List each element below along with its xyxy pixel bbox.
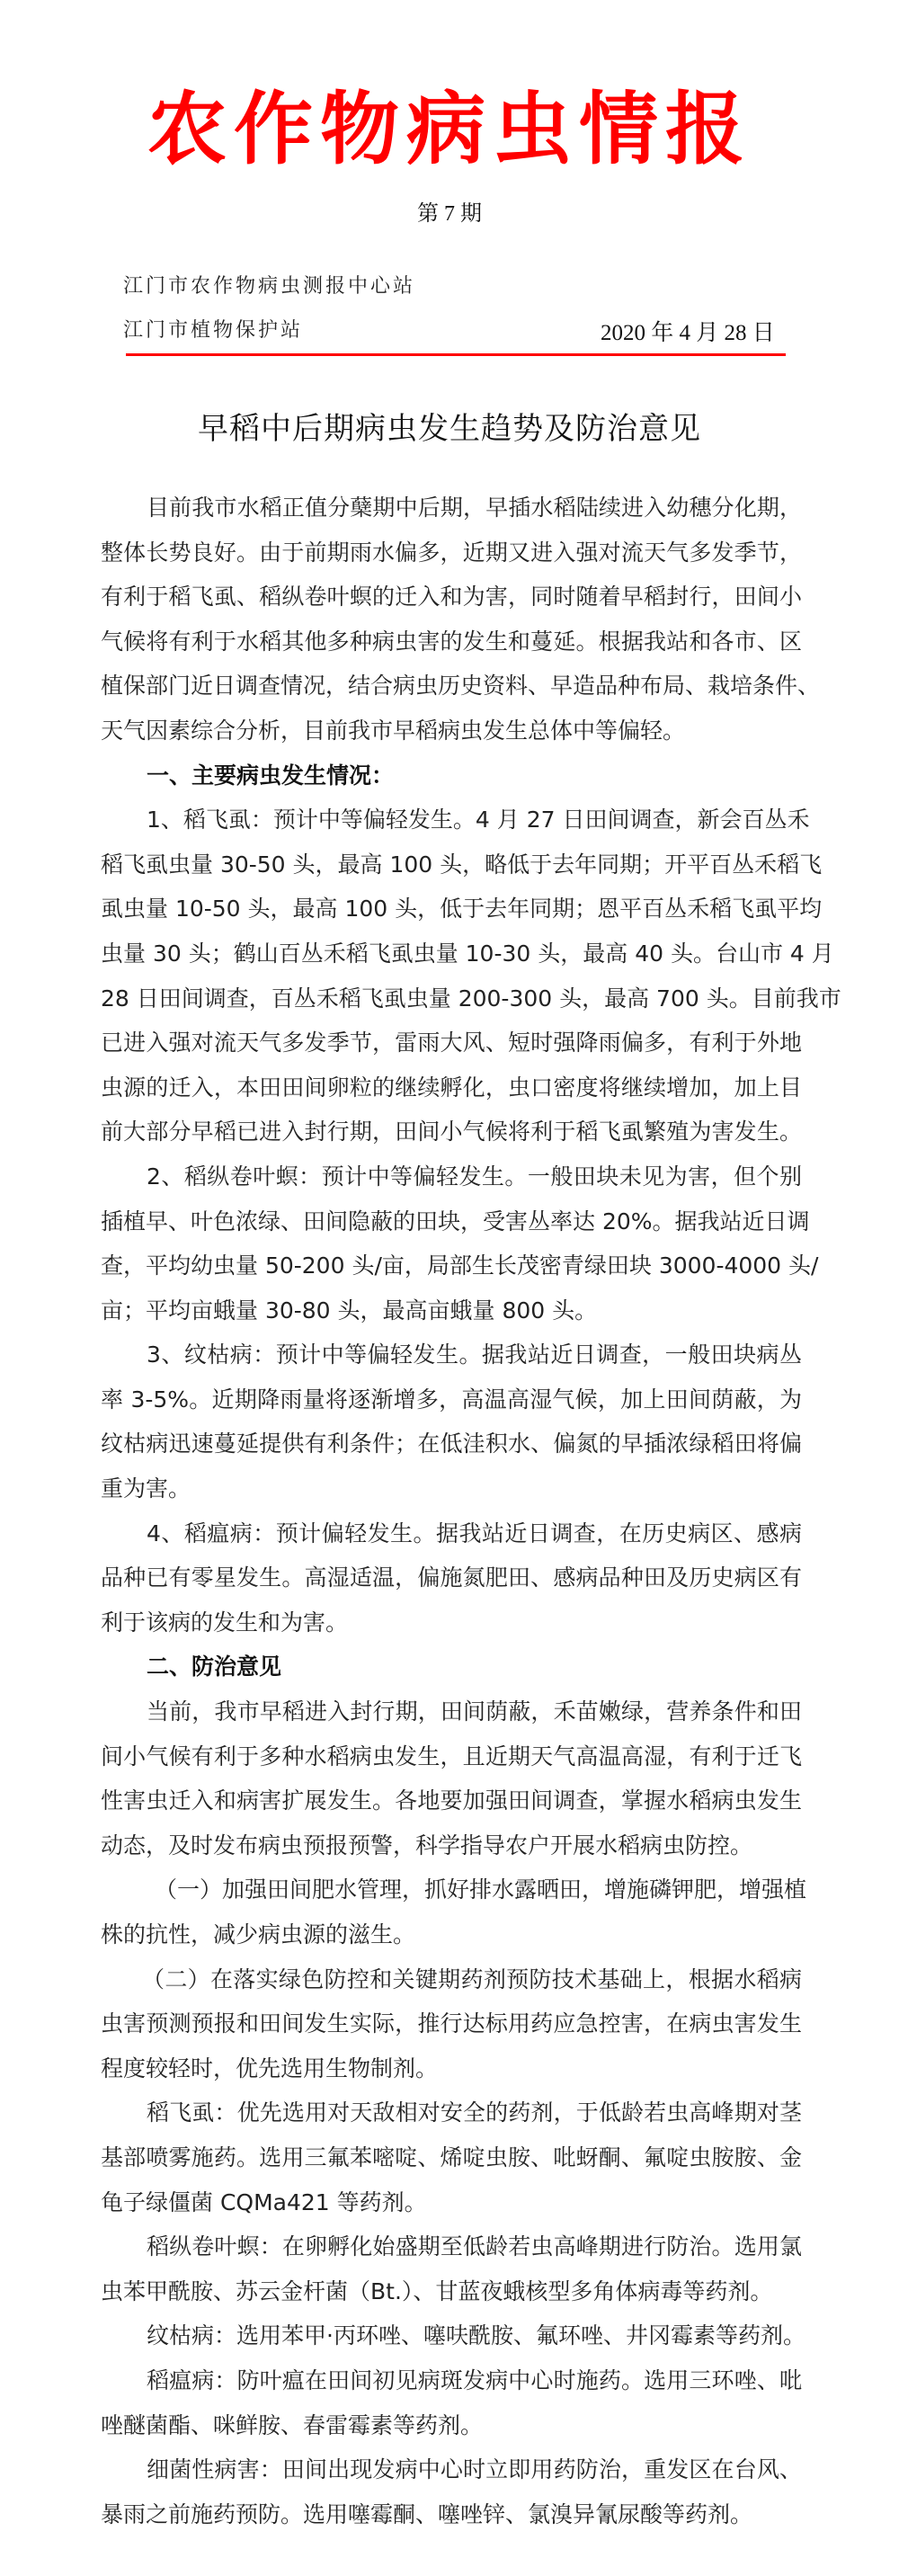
publish-date: 2020 年 4 月 28 日: [601, 320, 775, 347]
text-line: 稻飞虱虫量 30-50 头，最高 100 头，略低于去年同期；开平百丛禾稻飞: [101, 842, 802, 887]
text-line: 插植早、叶色浓绿、田间隐蔽的田块，受害丛率达 20%。据我站近日调: [101, 1199, 802, 1244]
text-line: 28 日田间调查，百丛禾稻飞虱虫量 200-300 头，最高 700 头。目前我…: [101, 976, 802, 1021]
text-line: 查，平均幼虫量 50-200 头/亩，局部生长茂密青绿田块 3000-4000 …: [101, 1243, 802, 1288]
text-line: 重为害。: [101, 1466, 802, 1511]
text-line: 有利于稻飞虱、稻纵卷叶螟的迁入和为害，同时随着早稻封行，田间小: [101, 575, 802, 619]
text-line: 性害虫迁入和病害扩展发生。各地要加强田间调查，掌握水稻病虫发生: [101, 1778, 802, 1823]
red-divider: [126, 353, 786, 356]
text-line: 目前我市水稻正值分蘖期中后期，早插水稻陆续进入幼穗分化期，: [101, 486, 802, 530]
text-line: 2、稻纵卷叶螟：预计中等偏轻发生。一般田块未见为害，但个别: [101, 1154, 802, 1199]
treatment-bacterial-disease: 细菌性病害：田间出现发病中心时立即用药防治，重发区在台风、 暴雨之前施药预防。选…: [101, 2447, 802, 2536]
text-line: 基部喷雾施药。选用三氟苯嘧啶、烯啶虫胺、吡蚜酮、氟啶虫胺胺、金: [101, 2135, 802, 2180]
text-line: 4、稻瘟病：预计偏轻发生。据我站近日调查，在历史病区、感病: [101, 1511, 802, 1556]
text-line: 亩；平均亩蛾量 30-80 头，最高亩蛾量 800 头。: [101, 1288, 802, 1333]
text-line: 已进入强对流天气多发季节，雷雨大风、短时强降雨偏多，有利于外地: [101, 1021, 802, 1065]
masthead-title: 农作物病虫情报: [0, 79, 899, 178]
text-line: 3、纹枯病：预计中等偏轻发生。据我站近日调查，一般田块病丛: [101, 1333, 802, 1377]
text-line: 品种已有零星发生。高湿适温，偏施氮肥田、感病品种田及历史病区有: [101, 1555, 802, 1600]
text-line: 唑醚菌酯、咪鲜胺、春雷霉素等药剂。: [101, 2403, 802, 2448]
text-line: 虫害预测预报和田间发生实际，推行达标用药应急控害，在病虫害发生: [101, 2001, 802, 2046]
publisher-1: 江门市农作物病虫测报中心站: [123, 273, 415, 300]
text-line: 动态，及时发布病虫预报预警，科学指导农户开展水稻病虫防控。: [101, 1823, 802, 1868]
text-line: 龟子绿僵菌 CQMa421 等药剂。: [101, 2180, 802, 2225]
text-line: 天气因素综合分析，目前我市早稻病虫发生总体中等偏轻。: [101, 709, 802, 753]
text-line: 稻纵卷叶螟：在卵孵化始盛期至低龄若虫高峰期进行防治。选用氯: [101, 2224, 802, 2269]
intro-paragraph: 目前我市水稻正值分蘖期中后期，早插水稻陆续进入幼穗分化期， 整体长势良好。由于前…: [101, 486, 802, 753]
text-line: 虱虫量 10-50 头，最高 100 头，低于去年同期；恩平百丛禾稻飞虱平均: [101, 887, 802, 931]
text-line: （一）加强田间肥水管理，抓好排水露晒田，增施磷钾肥，增强植: [101, 1867, 802, 1912]
text-line: 间小气候有利于多种水稻病虫发生，且近期天气高温高湿，有利于迁飞: [101, 1734, 802, 1779]
text-line: （二）在落实绿色防控和关键期药剂预防技术基础上，根据水稻病: [101, 1957, 802, 2002]
issue-number: 第 7 期: [0, 200, 899, 228]
publisher-2: 江门市植物保护站: [123, 317, 303, 344]
text-line: 纹枯病迅速蔓延提供有利条件；在低洼积水、偏氮的早插浓绿稻田将偏: [101, 1422, 802, 1466]
text-line: 率 3-5%。近期降雨量将逐渐增多，高温高湿气候，加上田间荫蔽，为: [101, 1377, 802, 1422]
pest-paragraph-sheath-blight: 3、纹枯病：预计中等偏轻发生。据我站近日调查，一般田块病丛 率 3-5%。近期降…: [101, 1333, 802, 1511]
control-measure-2: （二）在落实绿色防控和关键期药剂预防技术基础上，根据水稻病 虫害预测预报和田间发…: [101, 1957, 802, 2091]
treatment-rice-blast: 稻瘟病：防叶瘟在田间初见病斑发病中心时施药。选用三环唑、吡 唑醚菌酯、咪鲜胺、春…: [101, 2358, 802, 2447]
text-line: 株的抗性，减少病虫源的滋生。: [101, 1912, 802, 1957]
text-line: 虫源的迁入，本田田间卵粒的继续孵化，虫口密度将继续增加，加上目: [101, 1065, 802, 1110]
text-line: 利于该病的发生和为害。: [101, 1600, 802, 1645]
text-line: 虫量 30 头；鹤山百丛禾稻飞虱虫量 10-30 头，最高 40 头。台山市 4…: [101, 931, 802, 976]
text-line: 程度较轻时，优先选用生物制剂。: [101, 2046, 802, 2091]
section-heading-occurrence: 一、主要病虫发生情况：: [101, 753, 802, 798]
treatment-leaffolder: 稻纵卷叶螟：在卵孵化始盛期至低龄若虫高峰期进行防治。选用氯 虫苯甲酰胺、苏云金杆…: [101, 2224, 802, 2313]
document-page: 农作物病虫情报 第 7 期 江门市农作物病虫测报中心站 江门市植物保护站 202…: [0, 0, 899, 2576]
text-line: 虫苯甲酰胺、苏云金杆菌（Bt.）、甘蓝夜蛾核型多角体病毒等药剂。: [101, 2269, 802, 2314]
text-line: 细菌性病害：田间出现发病中心时立即用药防治，重发区在台风、: [101, 2447, 802, 2492]
text-line: 暴雨之前施药预防。选用噻霉酮、噻唑锌、氯溴异氰尿酸等药剂。: [101, 2492, 802, 2537]
document-body: 目前我市水稻正值分蘖期中后期，早插水稻陆续进入幼穗分化期， 整体长势良好。由于前…: [101, 486, 802, 2536]
treatment-planthopper: 稻飞虱：优先选用对天敌相对安全的药剂，于低龄若虫高峰期对茎 基部喷雾施药。选用三…: [101, 2090, 802, 2224]
document-title: 早稻中后期病虫发生趋势及防治意见: [0, 409, 899, 449]
section-heading-control: 二、防治意见: [101, 1645, 802, 1689]
text-line: 稻飞虱：优先选用对天敌相对安全的药剂，于低龄若虫高峰期对茎: [101, 2090, 802, 2135]
pest-paragraph-rice-blast: 4、稻瘟病：预计偏轻发生。据我站近日调查，在历史病区、感病 品种已有零星发生。高…: [101, 1511, 802, 1645]
control-intro-paragraph: 当前，我市早稻进入封行期，田间荫蔽，禾苗嫩绿，营养条件和田 间小气候有利于多种水…: [101, 1689, 802, 1867]
pest-paragraph-leaffolder: 2、稻纵卷叶螟：预计中等偏轻发生。一般田块未见为害，但个别 插植早、叶色浓绿、田…: [101, 1154, 802, 1333]
treatment-sheath-blight: 纹枯病：选用苯甲·丙环唑、噻呋酰胺、氟环唑、井冈霉素等药剂。: [101, 2313, 802, 2358]
control-measure-1: （一）加强田间肥水管理，抓好排水露晒田，增施磷钾肥，增强植 株的抗性，减少病虫源…: [101, 1867, 802, 1957]
text-line: 气候将有利于水稻其他多种病虫害的发生和蔓延。根据我站和各市、区: [101, 619, 802, 664]
text-line: 稻瘟病：防叶瘟在田间初见病斑发病中心时施药。选用三环唑、吡: [101, 2358, 802, 2403]
text-line: 前大部分早稻已进入封行期，田间小气候将利于稻飞虱繁殖为害发生。: [101, 1110, 802, 1154]
text-line: 植保部门近日调查情况，结合病虫历史资料、早造品种布局、栽培条件、: [101, 664, 802, 709]
text-line: 纹枯病：选用苯甲·丙环唑、噻呋酰胺、氟环唑、井冈霉素等药剂。: [101, 2313, 802, 2358]
text-line: 1、稻飞虱：预计中等偏轻发生。4 月 27 日田间调查，新会百丛禾: [101, 798, 802, 842]
pest-paragraph-planthopper: 1、稻飞虱：预计中等偏轻发生。4 月 27 日田间调查，新会百丛禾 稻飞虱虫量 …: [101, 798, 802, 1154]
text-line: 整体长势良好。由于前期雨水偏多，近期又进入强对流天气多发季节，: [101, 530, 802, 575]
text-line: 当前，我市早稻进入封行期，田间荫蔽，禾苗嫩绿，营养条件和田: [101, 1689, 802, 1734]
